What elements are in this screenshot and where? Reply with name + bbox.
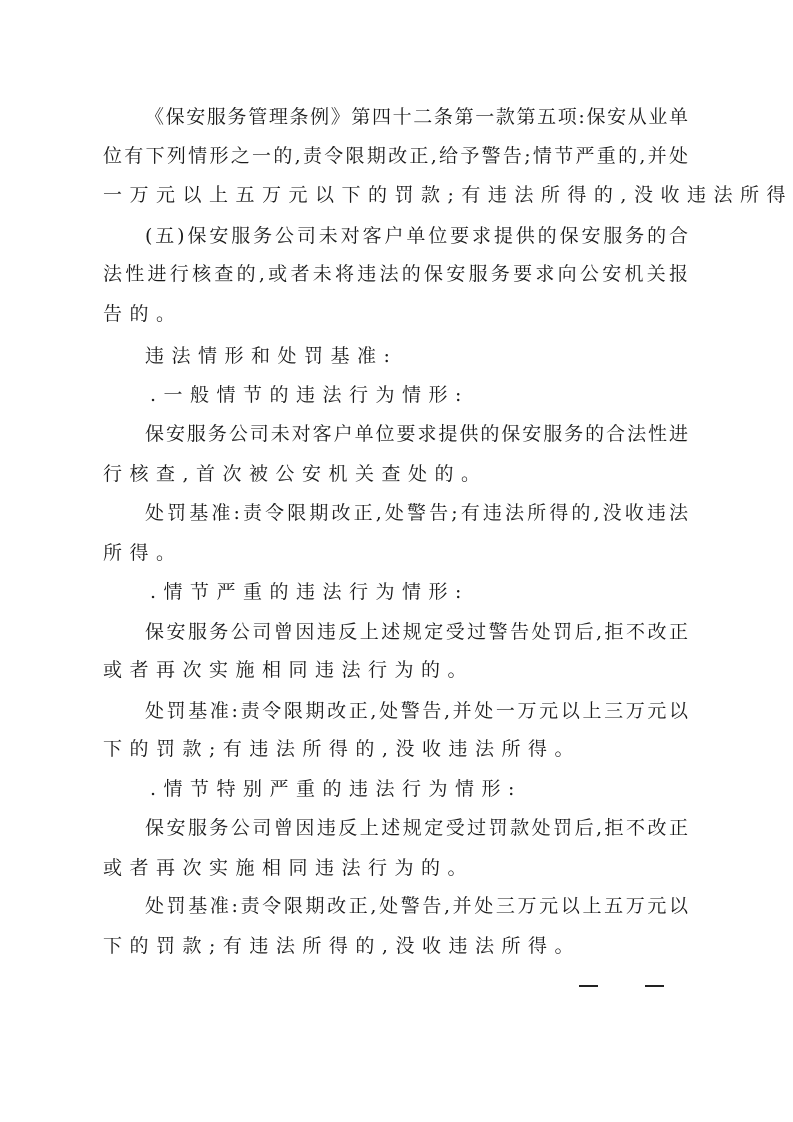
text-line: 或者再次实施相同违法行为的。 [103,853,474,883]
text-line: .情节严重的违法行为情形: [150,577,469,607]
text-line: 保安服务公司曾因违反上述规定受过罚款处罚后,拒不改正 [145,813,688,843]
text-line: 或者再次实施相同违法行为的。 [103,655,474,685]
page-number-dash-right [645,985,664,987]
text-line: 《保安服务管理条例》第四十二条第一款第五项:保安从业单 [145,102,688,132]
text-line: .一般情节的违法行为情形: [150,380,469,410]
text-line: (五)保安服务公司未对客户单位要求提供的保安服务的合 [145,221,688,251]
text-line: 告的。 [103,299,183,329]
text-line: 违法情形和处罚基准: [145,341,397,371]
text-line: 下的罚款;有违法所得的,没收违法所得。 [103,734,581,764]
text-line: .情节特别严重的违法行为情形: [150,774,522,804]
text-line: 下的罚款;有违法所得的,没收违法所得。 [103,931,581,961]
text-line: 行核查,首次被公安机关查处的。 [103,459,488,489]
text-line: 法性进行核查的,或者未将违法的保安服务要求向公安机关报 [103,259,688,289]
document-page: 《保安服务管理条例》第四十二条第一款第五项:保安从业单位有下列情形之一的,责令限… [0,0,793,1122]
text-line: 处罚基准:责令限期改正,处警告,并处三万元以上五万元以 [145,891,688,921]
text-line: 保安服务公司曾因违反上述规定受过警告处罚后,拒不改正 [145,617,688,647]
text-line: 处罚基准:责令限期改正,处警告;有违法所得的,没收违法 [145,498,688,528]
text-line: 保安服务公司未对客户单位要求提供的保安服务的合法性进 [145,419,688,449]
text-line: 处罚基准:责令限期改正,处警告,并处一万元以上三万元以 [145,696,688,726]
text-line: 位有下列情形之一的,责令限期改正,给予警告;情节严重的,并处 [103,141,688,171]
text-line: 一万元以上五万元以下的罚款;有违法所得的,没收违法所得: [103,180,793,210]
text-line: 所得。 [103,538,183,568]
page-number-dash-left [579,985,598,987]
